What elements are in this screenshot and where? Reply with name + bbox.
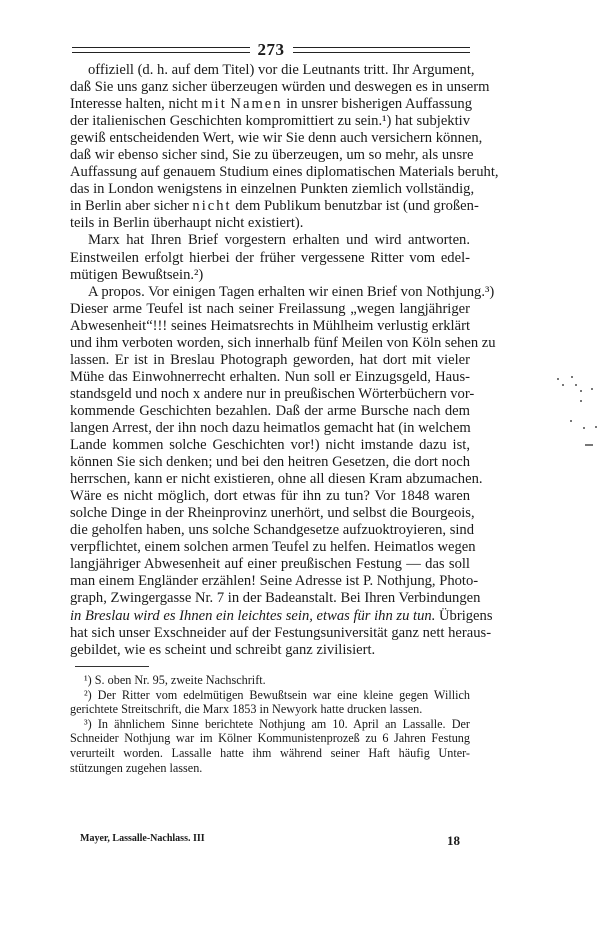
footnote-line: Schneider Nothjung war im Kölner Kommuni… [70,731,470,746]
text-line: offiziell (d. h. auf dem Titel) vor die … [70,62,470,79]
text-line: lassen. Er ist in Breslau Photograph gew… [70,352,470,369]
book-page: 273 offiziell (d. h. auf dem Titel) vor … [0,0,600,941]
page-number: 273 [250,40,293,60]
header-rule-right [293,47,471,53]
text-line: man einem Engländer erzählen! Seine Adre… [70,573,470,590]
text-line: daß Sie uns ganz sicher überzeugen würde… [70,79,470,96]
footnote-line: ²) Der Ritter vom edelmütigen Bewußtsein… [70,688,470,703]
page-footer: Mayer, Lassalle-Nachlass. III 18 [80,833,460,849]
footnote-marker: ³) [84,717,98,731]
text-line: gewiß entscheidenden Wert, wie wir Sie d… [70,130,470,147]
text-line: mütigen Bewußtsein.²) [70,267,470,284]
text-line: die geholfen haben, uns solche Schandges… [70,522,470,539]
spaced-emphasis: mit [201,96,226,112]
page-header: 273 [72,40,470,60]
footnote-marker: ²) [84,688,98,702]
main-text: offiziell (d. h. auf dem Titel) vor die … [70,62,470,659]
text-line: Abwesenheit“!!! seines Heimatsrechts in … [70,318,470,335]
footnotes: ¹) S. oben Nr. 95, zweite Nachschrift.²)… [70,673,470,775]
text-line: in Berlin aber sicher nicht dem Publikum… [70,198,470,215]
text-line: Einstweilen erfolgt hierbei der früher v… [70,250,470,267]
text-line: in Breslau wird es Ihnen ein leichtes se… [70,608,470,625]
text-line: A propos. Vor einigen Tagen erhalten wir… [70,284,470,301]
text-line: teils in Berlin überhaupt nicht existier… [70,215,470,232]
text-line: langjähriger Abwesenheit auf einer preuß… [70,556,470,573]
text-line: herrschen, kann er nicht existieren, ohn… [70,471,470,488]
text-line: verpflichtet, einem solchen armen Teufel… [70,539,470,556]
text-line: Wäre es nicht möglich, dort etwas für ih… [70,488,470,505]
text-line: graph, Zwingergasse Nr. 7 in der Badeans… [70,590,470,607]
text-line: hat sich unser Exschneider auf der Festu… [70,625,470,642]
text-line: Auffassung auf genauem Studium eines dip… [70,164,470,181]
text-line: langen Arrest, der ihn noch dazu heimatl… [70,420,470,437]
spaced-emphasis: nicht [192,198,231,214]
text-line: können Sie sich denken; und bei den heit… [70,454,470,471]
text-line: gebildet, wie es scheint und schreibt ga… [70,642,470,659]
text-line: das in London wenigstens in einzelnen Pu… [70,181,470,198]
text-line: solche Dinge in der Rheinprovinz unerhör… [70,505,470,522]
italic-phrase: in Breslau wird es Ihnen ein leichtes se… [70,608,439,624]
text-line: daß wir ebenso sicher sind, Sie zu überz… [70,147,470,164]
text-line: standsgeld und noch x andere nur in preu… [70,386,470,403]
footnote-marker: ¹) [84,673,95,687]
text-line: kommende Geschichten bezahlen. Daß der a… [70,403,470,420]
text-line: Mühe das Einwohnerrecht erhalten. Nun so… [70,369,470,386]
footnote-separator [75,666,149,667]
text-line: Interesse halten, nicht mit Namen in uns… [70,96,470,113]
signature-number: 18 [447,833,460,849]
text-line: Lande kommen solche Geschichten vor!) ni… [70,437,470,454]
footnote-line: gerichtete Streitschrift, die Marx 1853 … [70,702,470,717]
footnote-line: stützungen zugehen lassen. [70,761,470,776]
text-line: der italienischen Geschichten kompromitt… [70,113,470,130]
footnote-line: verurteilt worden. Lassalle hatte ihm wä… [70,746,470,761]
spaced-emphasis: Namen [230,96,282,112]
footnote-line: ¹) S. oben Nr. 95, zweite Nachschrift. [70,673,470,688]
header-rule-left [72,47,250,53]
signature-text: Mayer, Lassalle-Nachlass. III [80,833,205,849]
text-line: Dieser arme Teufel ist nach seiner Freil… [70,301,470,318]
text-line: und ihm verboten worden, sich innerhalb … [70,335,470,352]
text-line: Marx hat Ihren Brief vorgestern erhalten… [70,232,470,249]
footnote-line: ³) In ähnlichem Sinne berichtete Nothjun… [70,717,470,732]
